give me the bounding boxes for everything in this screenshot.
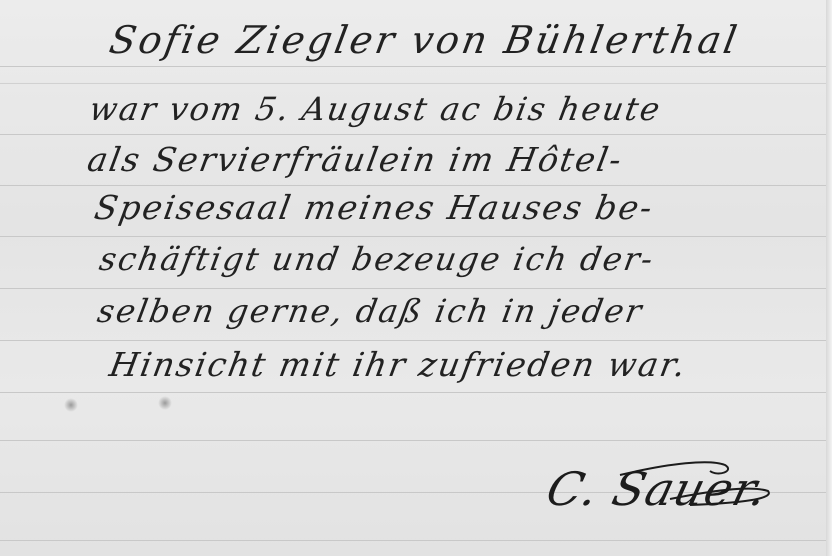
ink-spot — [158, 396, 172, 410]
ruled-line — [0, 540, 832, 541]
ruled-line — [0, 66, 832, 67]
ruled-line — [0, 440, 832, 441]
paper-fold — [0, 82, 832, 84]
ruled-line — [0, 236, 832, 237]
ruled-line — [0, 134, 832, 135]
ink-spot — [64, 398, 78, 412]
letter-page: Sofie Ziegler von Bühlerthal war vom 5. … — [0, 0, 832, 556]
page-edge — [826, 0, 832, 556]
signature: C. Sauer. — [541, 462, 774, 516]
letter-line-7: Hinsicht mit ihr zufrieden war. — [107, 345, 691, 384]
letter-line-2: war vom 5. August ac bis heute — [87, 90, 665, 128]
ruled-line — [0, 185, 832, 186]
ruled-line — [0, 392, 832, 393]
ruled-line — [0, 288, 832, 289]
letter-line-1: Sofie Ziegler von Bühlerthal — [106, 18, 743, 62]
letter-line-5: schäftigt und bezeuge ich der- — [97, 240, 658, 278]
ruled-line — [0, 340, 832, 341]
letter-line-3: als Servierfräulein im Hôtel- — [85, 140, 627, 179]
letter-line-6: selben gerne, daß ich in jeder — [95, 292, 647, 330]
letter-line-4: Speisesaal meines Hauses be- — [92, 188, 657, 227]
